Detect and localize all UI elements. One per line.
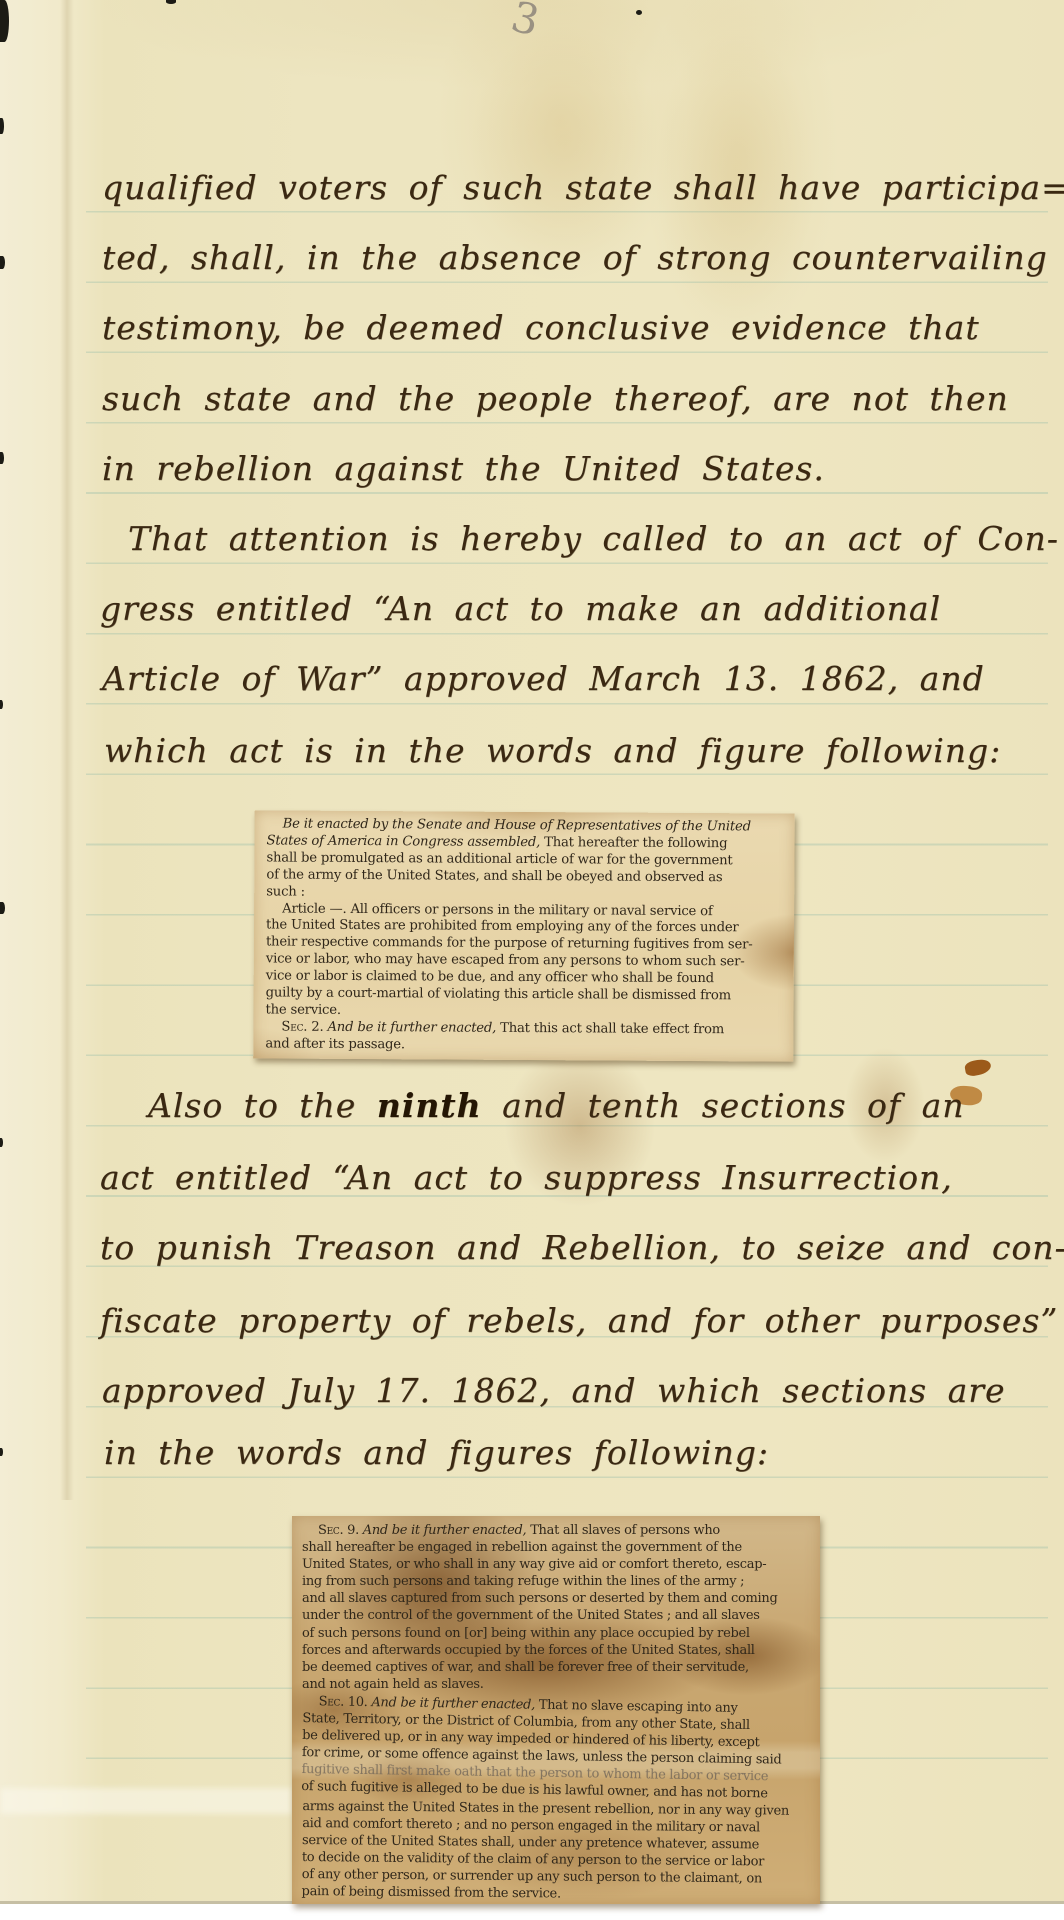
handwriting-line: testimony, be deemed conclusive evidence… <box>102 304 980 356</box>
clipping-line: United States, or who shall in any way g… <box>302 1556 810 1573</box>
section-label: Sec. 2. <box>281 1019 327 1034</box>
clipping-text: That hereafter the following <box>544 835 727 851</box>
handwriting-segment: Also to the <box>148 1086 377 1125</box>
handwriting-line: approved July 17. 1862, and which sectio… <box>102 1367 1006 1419</box>
edge-mark <box>0 118 4 134</box>
edge-mark <box>0 0 9 42</box>
handwriting-line: ted, shall, in the absence of strong cou… <box>102 234 1048 286</box>
handwriting-line: act entitled “An act to suppress Insurre… <box>100 1154 953 1206</box>
handwriting-line: to punish Treason and Rebellion, to seiz… <box>100 1224 1064 1276</box>
handwriting-line: gress entitled “An act to make an additi… <box>100 585 941 637</box>
clipping-line: Sec. 9. And be it further enacted, That … <box>302 1522 810 1539</box>
handwriting-line: fiscate property of rebels, and for othe… <box>100 1297 1058 1349</box>
clipping-text: That all slaves of persons who <box>530 1523 720 1538</box>
handwriting-word-ninth: ninth <box>377 1086 482 1125</box>
clipping-line: of such persons found on [or] being with… <box>302 1625 810 1642</box>
handwriting-word-tenth: tenth <box>588 1086 682 1125</box>
enacting-clause: And be it further enacted, <box>363 1523 530 1538</box>
clipping-section-10: Sec. 10. And be it further enacted, That… <box>301 1693 811 1804</box>
edge-mark <box>0 700 3 709</box>
clipping-text: That this act shall take effect from <box>500 1021 724 1037</box>
clipping-text: That no slave escaping into any <box>539 1698 738 1716</box>
edge-mark <box>0 1138 3 1147</box>
handwriting-line: in the words and figures following: <box>104 1429 769 1481</box>
handwriting-line: Article of War” approved March 13. 1862,… <box>102 655 985 707</box>
clipping-line: and all slaves captured from such person… <box>302 1590 810 1607</box>
document-scan: 3 qualified voters of such state shall h… <box>0 0 1064 1920</box>
handwriting-line: That attention is hereby called to an ac… <box>128 515 1059 567</box>
printed-clipping-confiscation-act: Sec. 9. And be it further enacted, That … <box>292 1516 820 1904</box>
clipping-line: under the control of the government of t… <box>302 1607 810 1624</box>
clipping-line: and after its passage. <box>265 1036 781 1056</box>
enacting-clause: And be it further enacted, <box>327 1020 500 1036</box>
handwriting-line: in rebellion against the United States. <box>102 445 825 497</box>
handwriting-segment: sections of an <box>681 1086 964 1125</box>
clipping-line: shall hereafter be engaged in rebellion … <box>302 1539 810 1556</box>
enacting-clause: States of America in Congress assembled, <box>267 833 545 850</box>
handwriting-segment: and <box>482 1086 588 1125</box>
edge-mark <box>636 10 642 15</box>
section-label: Sec. 10. <box>319 1694 372 1710</box>
edge-mark <box>0 256 5 269</box>
edge-mark <box>0 452 4 464</box>
enacting-clause: Be it enacted by the Senate and House of… <box>283 817 751 835</box>
edge-mark <box>0 902 5 914</box>
clipping-line: forces and afterwards occupied by the fo… <box>302 1642 810 1659</box>
handwriting-line: qualified voters of such state shall hav… <box>102 164 1064 216</box>
edge-mark <box>166 0 176 4</box>
handwriting-line: which act is in the words and figure fol… <box>104 727 1001 779</box>
enacting-clause: And be it further enacted, <box>371 1695 539 1713</box>
edge-mark <box>0 1448 3 1456</box>
clipping-line: and not again held as slaves. <box>302 1676 810 1693</box>
clipping-line: be deemed captives of war, and shall be … <box>302 1659 810 1676</box>
clipping-line: ing from such persons and taking refuge … <box>302 1573 810 1590</box>
printed-clipping-article-of-war: Be it enacted by the Senate and House of… <box>253 810 795 1061</box>
clipping-section-9: Sec. 9. And be it further enacted, That … <box>302 1522 810 1693</box>
handwriting-line: Also to the ninth and tenth sections of … <box>148 1082 965 1134</box>
clipping-section-10-end: arms against the United States in the pr… <box>301 1798 810 1904</box>
handwriting-line: such state and the people thereof, are n… <box>102 375 1009 427</box>
section-label: Sec. 9. <box>318 1523 363 1538</box>
